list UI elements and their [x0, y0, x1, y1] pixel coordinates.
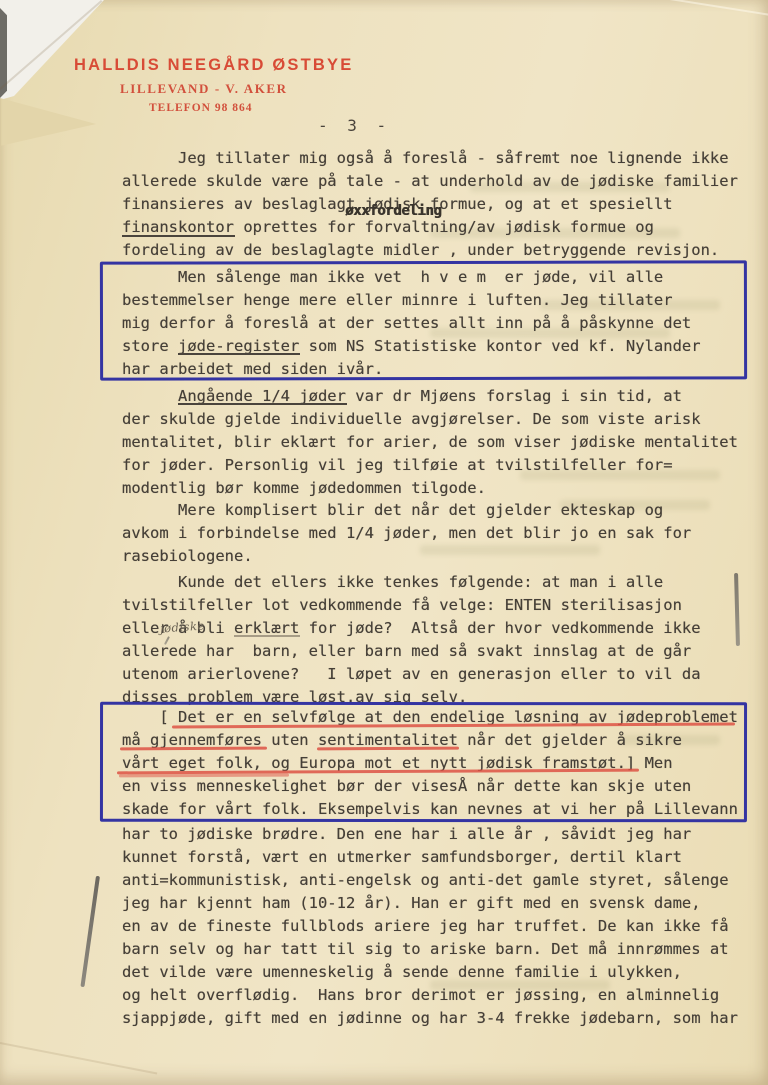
letterhead-phone: TELEFON 98 864: [149, 102, 252, 114]
letterhead-name: HALLDIS NEEGÅRD ØSTBYE: [74, 56, 353, 75]
scanned-letter-page: HALLDIS NEEGÅRD ØSTBYE LILLEVAND - V. AK…: [0, 0, 768, 1085]
paper-crease: [0, 1042, 157, 1074]
page-number: - 3 -: [318, 116, 391, 135]
underline-angaaende: [178, 403, 347, 405]
paragraph-7: har to jødiske brødre. Den ene har i all…: [122, 823, 762, 1030]
underline-finanskontor: [122, 235, 235, 237]
underline-jode-register: [178, 353, 300, 355]
typed-correction-insertion: øxxfordeling: [345, 203, 441, 219]
sheet-behind-corner: [0, 92, 100, 148]
paragraph-4: Mere komplisert blir det når det gjelder…: [122, 499, 762, 568]
letterhead-address: LILLEVAND - V. AKER: [120, 81, 288, 97]
paragraph-5: Kunde det ellers ikke tenkes følgende: a…: [122, 571, 762, 709]
paper-crease: [621, 0, 768, 15]
pencil-underline-erklaert: [234, 635, 300, 637]
boxed-paragraph-1: Men sålenge man ikke vet h v e m er jøde…: [122, 266, 762, 381]
paragraph-1: Jeg tillater mig også å foreslå - såfrem…: [122, 147, 762, 262]
folded-corner: [0, 0, 112, 106]
pencil-margin-slash: [80, 876, 100, 987]
